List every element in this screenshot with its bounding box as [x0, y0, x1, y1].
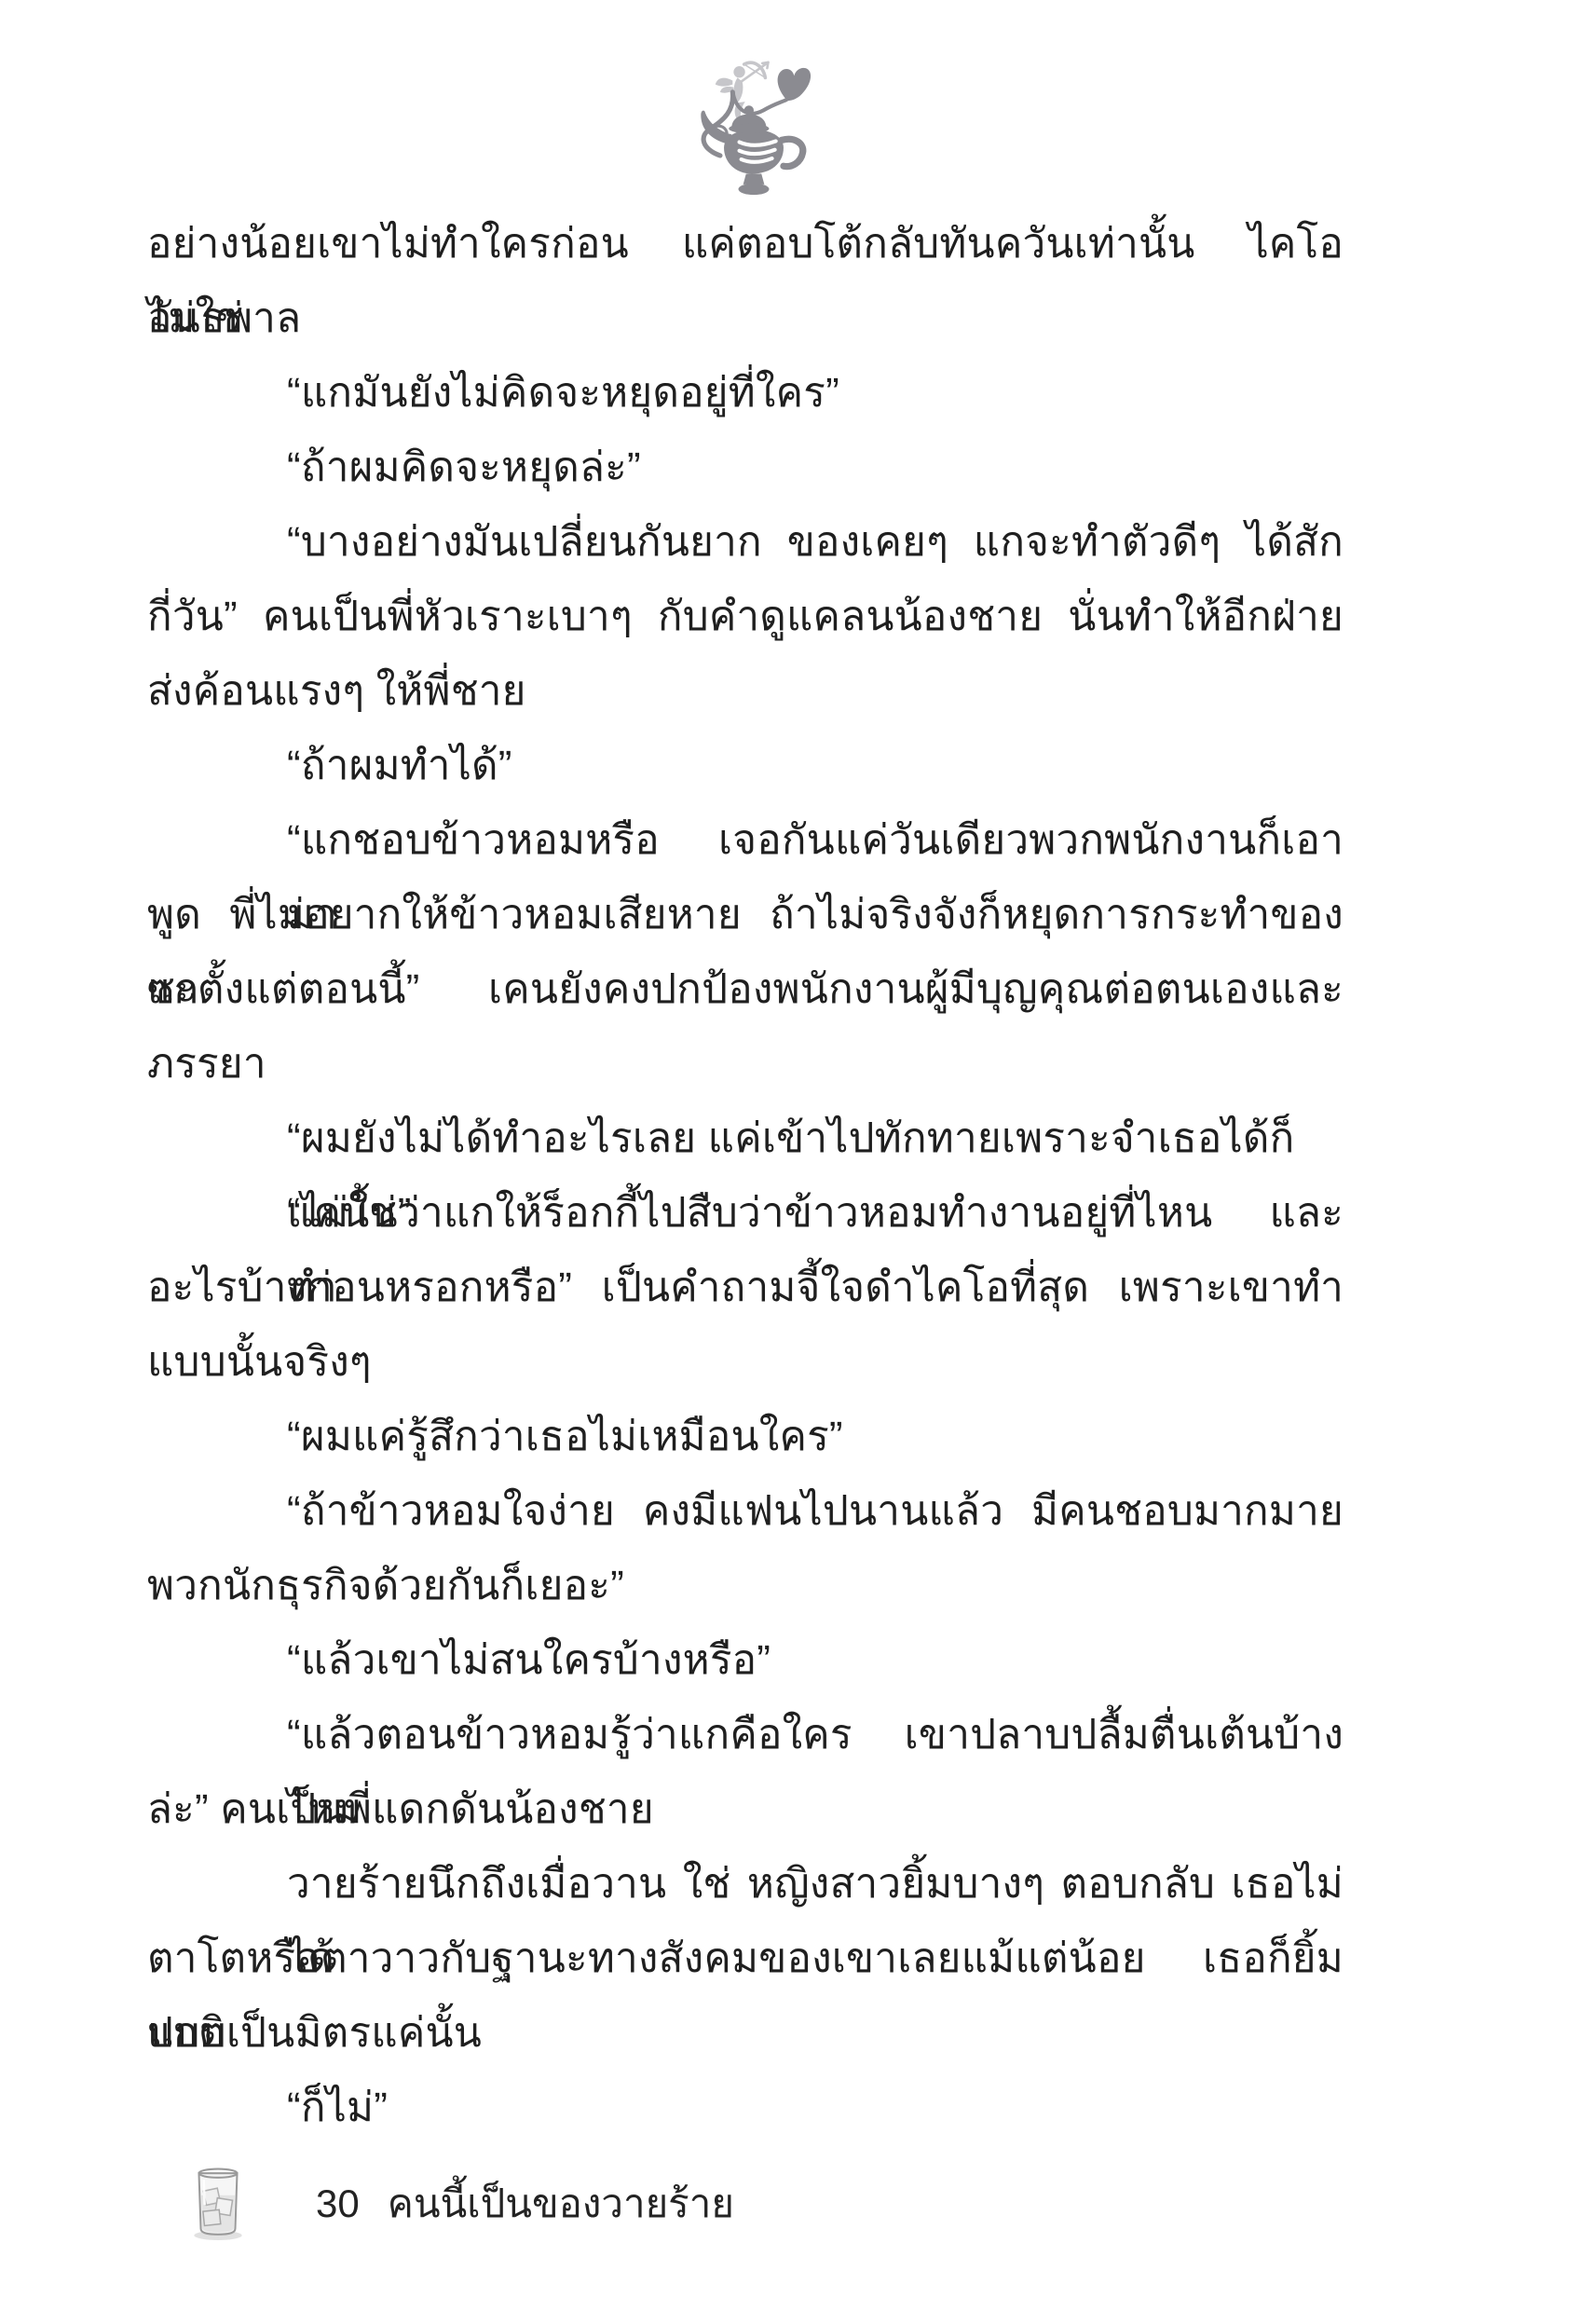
text-line: “แกชอบข้าวหอมหรือ เจอกันแค่วันเดียวพวกพน… — [147, 803, 1344, 878]
text-line: ส่งค้อนแรงๆ ให้พี่ชาย — [147, 654, 1344, 729]
text-line: ตาโตหรือตาวาวกับฐานะทางสังคมของเขาเลยแม้… — [147, 1921, 1344, 1996]
text-line: “ก็ไม่” — [147, 2071, 1344, 2145]
cupid-bow — [742, 62, 769, 82]
book-page: อย่างน้อยเขาไม่ทำใครก่อน แค่ตอบโต้กลับทั… — [0, 0, 1596, 2311]
text-line: “แล้วเขาไม่สนใครบ้างหรือ” — [147, 1623, 1344, 1698]
book-title: คนนี้เป็นของวายร้าย — [388, 2173, 734, 2235]
page-text: อย่างน้อยเขาไม่ทำใครก่อน แค่ตอบโต้กลับทั… — [147, 207, 1344, 2145]
text-line: “ไม่ใช่ว่าแกให้ร็อกกี้ไปสืบว่าข้าวหอมทำง… — [147, 1176, 1344, 1251]
text-line: พวกนักธุรกิจด้วยกันก็เยอะ” — [147, 1549, 1344, 1623]
text-line: ซะตั้งแต่ตอนนี้” เคนยังคงปกป้องพนักงานผู… — [147, 952, 1344, 1027]
heart-shape — [778, 68, 812, 101]
text-line: “ผมยังไม่ได้ทำอะไรเลย แค่เข้าไปทักทายเพร… — [147, 1101, 1344, 1176]
text-line: พูด พี่ไม่อยากให้ข้าวหอมเสียหาย ถ้าไม่จร… — [147, 878, 1344, 952]
text-line: อย่างน้อยเขาไม่ทำใครก่อน แค่ตอบโต้กลับทั… — [147, 207, 1344, 281]
lamp-handle — [782, 139, 803, 166]
cupid-figure — [716, 66, 745, 123]
text-line: วายร้ายนึกถึงเมื่อวาน ใช่ หญิงสาวยิ้มบาง… — [147, 1847, 1344, 1921]
text-line: ภรรยา — [147, 1027, 1344, 1101]
text-line: “แกมันยังไม่คิดจะหยุดอยู่ที่ใคร” — [147, 356, 1344, 431]
text-line: อันธพาล — [147, 281, 1344, 356]
text-line: “ผมแค่รู้สึกว่าเธอไม่เหมือนใคร” — [147, 1400, 1344, 1474]
footer: 30 คนนี้เป็นของวายร้าย — [191, 2164, 734, 2244]
text-line: แบบนั้นจริงๆ — [147, 1325, 1344, 1400]
text-line: กี่วัน” คนเป็นพี่หัวเราะเบาๆ กับคำดูแคลน… — [147, 580, 1344, 654]
cupid-genie-lamp-ornament — [691, 54, 816, 201]
text-line: “บางอย่างมันเปลี่ยนกันยาก ของเคยๆ แกจะทำ… — [147, 505, 1344, 580]
text-line: “ถ้าผมทำได้” — [147, 729, 1344, 803]
text-line: “แล้วตอนข้าวหอมรู้ว่าแกคือใคร เขาปลาบปลื… — [147, 1698, 1344, 1772]
whisky-glass-ice-icon — [191, 2167, 245, 2241]
page-number: 30 — [316, 2181, 360, 2226]
text-line: “ถ้าผมคิดจะหยุดล่ะ” — [147, 431, 1344, 505]
text-line: “ถ้าข้าวหอมใจง่าย คงมีแฟนไปนานแล้ว มีคนช… — [147, 1474, 1344, 1549]
text-line: ล่ะ” คนเป็นพี่แดกดันน้องชาย — [147, 1772, 1344, 1847]
text-line: อะไรบ้างก่อนหรอกหรือ” เป็นคำถามจี้ใจดำไค… — [147, 1251, 1344, 1325]
text-line: แบบเป็นมิตรแค่นั้น — [147, 1996, 1344, 2071]
